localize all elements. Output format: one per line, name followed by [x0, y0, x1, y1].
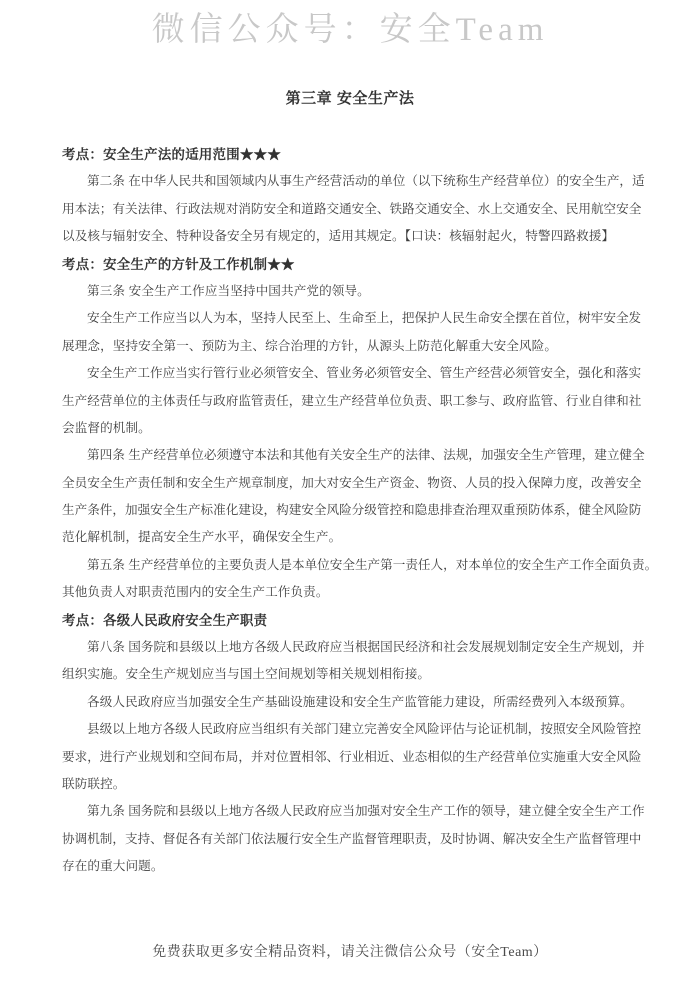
- text-line: 协调机制，支持、督促各有关部门依法履行安全生产监督管理职责，及时协调、解决安全生…: [62, 826, 638, 853]
- watermark-text: 微信公众号：安全Team: [0, 3, 700, 50]
- text-line: 其他负责人对职责范围内的安全生产工作负责。: [62, 579, 638, 606]
- text-line: 范化解机制，提高安全生产水平，确保安全生产。: [62, 524, 638, 551]
- text-line: 以及核与辐射安全、特种设备安全另有规定的，适用其规定。【口诀：核辐射起火，特警四…: [62, 223, 638, 250]
- text-line: 各级人民政府应当加强安全生产基础设施建设和安全生产监管能力建设，所需经费列入本级…: [62, 689, 638, 716]
- text-line: 第三条 安全生产工作应当坚持中国共产党的领导。: [62, 278, 638, 305]
- text-line: 安全生产工作应当实行管行业必须管安全、管业务必须管安全、管生产经营必须管安全，强…: [62, 360, 638, 387]
- exam-point-heading: 考点：各级人民政府安全生产职责: [62, 607, 638, 634]
- text-line: 组织实施。安全生产规划应当与国土空间规划等相关规划相衔接。: [62, 661, 638, 688]
- text-line: 第八条 国务院和县级以上地方各级人民政府应当根据国民经济和社会发展规划制定安全生…: [62, 634, 638, 661]
- footer-note: 免费获取更多安全精品资料，请关注微信公众号（安全Team）: [0, 941, 700, 961]
- text-line: 会监督的机制。: [62, 415, 638, 442]
- chapter-title: 第三章 安全生产法: [0, 87, 700, 108]
- text-line: 要求，进行产业规划和空间布局，并对位置相邻、行业相近、业态相似的生产经营单位实施…: [62, 744, 638, 771]
- text-line: 第二条 在中华人民共和国领域内从事生产经营活动的单位（以下统称生产经营单位）的安…: [62, 168, 638, 195]
- document-body: 考点：安全生产法的适用范围★★★第二条 在中华人民共和国领域内从事生产经营活动的…: [62, 141, 638, 881]
- text-line: 安全生产工作应当以人为本，坚持人民至上、生命至上，把保护人民生命安全摆在首位，树…: [62, 305, 638, 332]
- text-line: 全员安全生产责任制和安全生产规章制度，加大对安全生产资金、物资、人员的投入保障力…: [62, 470, 638, 497]
- text-line: 联防联控。: [62, 771, 638, 798]
- text-line: 生产条件，加强安全生产标准化建设，构建安全风险分级管控和隐患排查治理双重预防体系…: [62, 497, 638, 524]
- document-page: 微信公众号：安全Team 第三章 安全生产法 考点：安全生产法的适用范围★★★第…: [0, 0, 700, 989]
- exam-point-heading: 考点：安全生产法的适用范围★★★: [62, 141, 638, 168]
- text-line: 存在的重大问题。: [62, 853, 638, 880]
- text-line: 第五条 生产经营单位的主要负责人是本单位安全生产第一责任人，对本单位的安全生产工…: [62, 552, 638, 579]
- text-line: 用本法；有关法律、行政法规对消防安全和道路交通安全、铁路交通安全、水上交通安全、…: [62, 196, 638, 223]
- text-line: 第九条 国务院和县级以上地方各级人民政府应当加强对安全生产工作的领导，建立健全安…: [62, 798, 638, 825]
- text-line: 县级以上地方各级人民政府应当组织有关部门建立完善安全风险评估与论证机制，按照安全…: [62, 716, 638, 743]
- text-line: 展理念，坚持安全第一、预防为主、综合治理的方针，从源头上防范化解重大安全风险。: [62, 333, 638, 360]
- text-line: 第四条 生产经营单位必须遵守本法和其他有关安全生产的法律、法规，加强安全生产管理…: [62, 442, 638, 469]
- exam-point-heading: 考点：安全生产的方针及工作机制★★: [62, 251, 638, 278]
- text-line: 生产经营单位的主体责任与政府监管责任，建立生产经营单位负责、职工参与、政府监管、…: [62, 388, 638, 415]
